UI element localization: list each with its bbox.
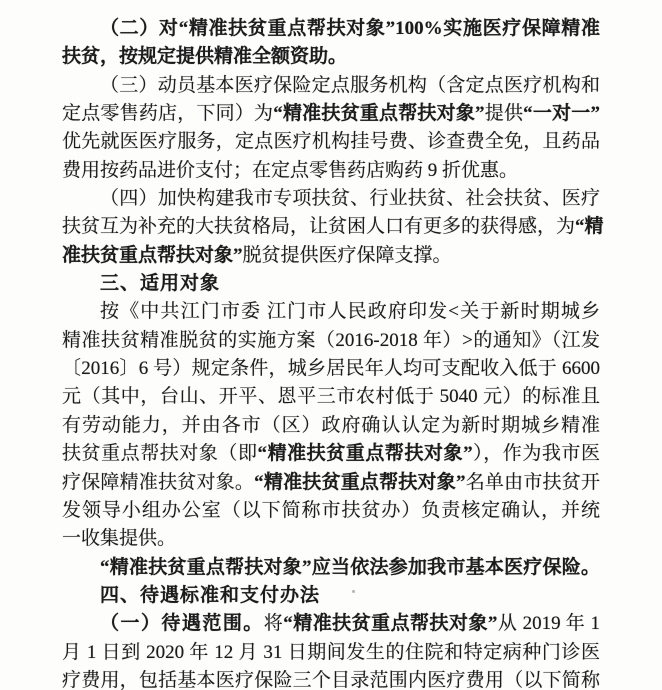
text-segment: 按《中共江门市委 江门市人民政府印发<关于新时期城乡	[100, 301, 600, 322]
text-segment: “精准扶贫重点帮扶对象”	[258, 443, 473, 464]
text-line: 三、适用对象	[62, 270, 600, 298]
text-segment: 扶贫互为补充的大扶贫格局，让贫困人口有更多的获得感，为	[62, 216, 575, 237]
text-segment: “精准扶贫重点帮扶对象”	[254, 472, 465, 493]
text-segment: 提供	[485, 103, 524, 124]
text-segment: 脱贫提供医疗保障支撑。	[243, 245, 452, 266]
text-segment: 有劳动能力，并由各市（区）政府确认认定为新时期城乡精准	[62, 415, 600, 436]
text-line: 扶贫互为补充的大扶贫格局，让贫困人口有更多的获得感，为“精	[62, 213, 600, 241]
text-segment: 优先就医医疗服务，定点医疗机构挂号费、诊查费全免，且药品	[62, 131, 600, 152]
text-segment: 扶贫重点帮扶对象（即	[62, 443, 258, 464]
text-line: 费用按药品进价支付；在定点零售药店购药 9 折优惠。	[62, 157, 600, 185]
text-line: 元（其中，台山、开平、恩平三市农村低于 5040 元）的标准且	[62, 383, 600, 411]
heading-segment: 三、适用对象	[100, 273, 220, 294]
text-segment: ），作为我市医	[473, 443, 600, 464]
text-line: 一收集提供。	[62, 525, 600, 553]
text-line: 精准扶贫精准脱贫的实施方案（2016-2018 年）>的通知》（江发	[62, 327, 600, 355]
text-segment: 定点零售药店，下同）为	[62, 103, 273, 124]
text-segment: （三）动员基本医疗保险定点服务机构（含定点医疗机构和	[100, 75, 600, 96]
text-line: 扶贫，按规定提供精准全额资助。	[62, 43, 600, 71]
text-line: 有劳动能力，并由各市（区）政府确认认定为新时期城乡精准	[62, 412, 600, 440]
text-segment: 〔2016〕6 号）规定条件，城乡居民年人均可支配收入低于 6600	[62, 358, 600, 379]
text-line: 〔2016〕6 号）规定条件，城乡居民年人均可支配收入低于 6600	[62, 355, 600, 383]
text-segment: 发领导小组办公室（以下简称市扶贫办）负责核定确认，并统	[62, 500, 600, 521]
text-segment: 费用按药品进价支付；在定点零售药店购药 9 折优惠。	[62, 160, 518, 181]
text-segment: 精准扶贫精准脱贫的实施方案（2016-2018 年）>的通知》（江发	[62, 330, 600, 351]
text-line: 优先就医医疗服务，定点医疗机构挂号费、诊查费全免，且药品	[62, 128, 600, 156]
document-page: （二）对“精准扶贫重点帮扶对象”100%实施医疗保障精准扶贫，按规定提供精准全额…	[0, 0, 662, 690]
text-segment: 将	[264, 613, 283, 634]
text-segment: 一收集提供。	[62, 528, 176, 549]
text-segment: （二）对“精准扶贫重点帮扶对象”100%实施医疗保障精准	[100, 18, 600, 39]
text-line: （一）待遇范围。将“精准扶贫重点帮扶对象”从 2019 年 1	[62, 610, 600, 638]
scan-speck	[352, 590, 355, 593]
text-segment: “一对一”	[523, 103, 600, 124]
text-segment: “精	[575, 216, 604, 237]
text-segment: 疗费用，包括基本医疗保险三个目录范围内医疗费用（以下简称	[62, 670, 600, 690]
text-line: 准扶贫重点帮扶对象”脱贫提供医疗保障支撑。	[62, 242, 600, 270]
document-text: （二）对“精准扶贫重点帮扶对象”100%实施医疗保障精准扶贫，按规定提供精准全额…	[62, 15, 600, 690]
text-line: （三）动员基本医疗保险定点服务机构（含定点医疗机构和	[62, 72, 600, 100]
scan-speck	[585, 341, 589, 344]
text-line: 疗费用，包括基本医疗保险三个目录范围内医疗费用（以下简称	[62, 667, 600, 690]
text-segment: “精准扶贫重点帮扶对象”	[273, 103, 484, 124]
text-segment: 名单由市扶贫开	[465, 472, 600, 493]
text-line: （二）对“精准扶贫重点帮扶对象”100%实施医疗保障精准	[62, 15, 600, 43]
text-line: 发领导小组办公室（以下简称市扶贫办）负责核定确认，并统	[62, 497, 600, 525]
heading-segment: （一）待遇范围。	[100, 613, 264, 634]
text-segment: 扶贫，按规定提供精准全额资助。	[62, 46, 347, 67]
text-segment: 月 1 日到 2020 年 12 月 31 日期间发生的住院和特定病种门诊医	[62, 642, 600, 663]
text-segment: 元（其中，台山、开平、恩平三市农村低于 5040 元）的标准且	[62, 386, 600, 407]
text-segment: 从 2019 年 1	[497, 613, 600, 634]
text-segment: （四）加快构建我市专项扶贫、行业扶贫、社会扶贫、医疗	[100, 188, 600, 209]
text-line: 月 1 日到 2020 年 12 月 31 日期间发生的住院和特定病种门诊医	[62, 639, 600, 667]
text-line: 扶贫重点帮扶对象（即“精准扶贫重点帮扶对象”），作为我市医	[62, 440, 600, 468]
text-line: 定点零售药店，下同）为“精准扶贫重点帮扶对象”提供“一对一”	[62, 100, 600, 128]
text-line: （四）加快构建我市专项扶贫、行业扶贫、社会扶贫、医疗	[62, 185, 600, 213]
text-line: 疗保障精准扶贫对象。“精准扶贫重点帮扶对象”名单由市扶贫开	[62, 469, 600, 497]
text-segment: 准扶贫重点帮扶对象”	[62, 245, 243, 266]
text-segment: “精准扶贫重点帮扶对象”应当依法参加我市基本医疗保险。	[100, 557, 600, 578]
text-line: “精准扶贫重点帮扶对象”应当依法参加我市基本医疗保险。	[62, 554, 600, 582]
text-line: 四、待遇标准和支付办法	[62, 582, 600, 610]
text-line: 按《中共江门市委 江门市人民政府印发<关于新时期城乡	[62, 298, 600, 326]
text-segment: 疗保障精准扶贫对象。	[62, 472, 254, 493]
heading-segment: 四、待遇标准和支付办法	[100, 585, 320, 606]
text-segment: “精准扶贫重点帮扶对象”	[283, 613, 497, 634]
